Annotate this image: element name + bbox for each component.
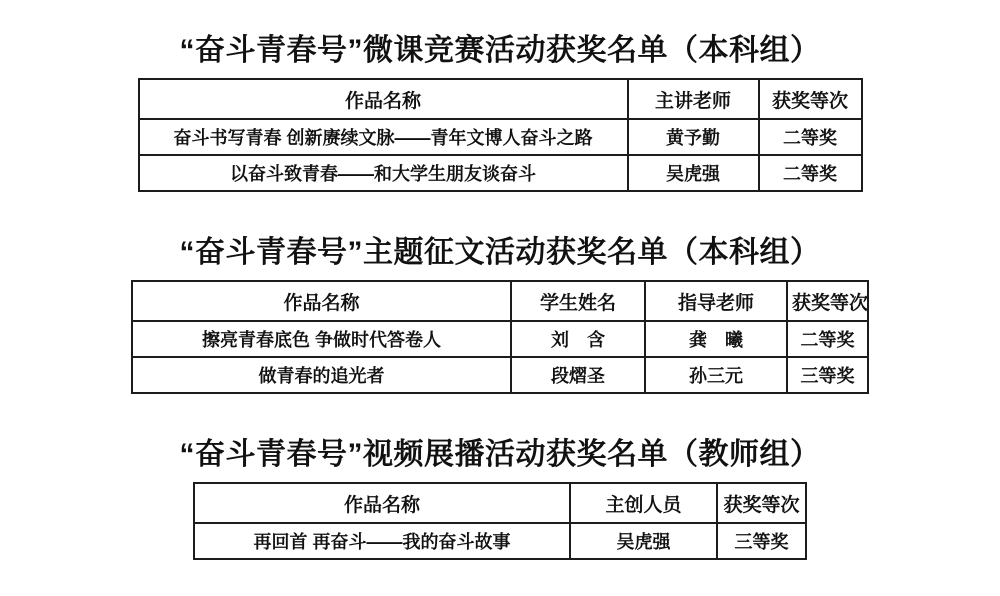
table-cell: 再回首 再奋斗——我的奋斗故事 bbox=[194, 523, 570, 559]
section-title-video: “奋斗青春号”视频展播活动获奖名单（教师组） bbox=[0, 436, 1000, 474]
section-title-micro-course: “奋斗青春号”微课竞赛活动获奖名单（本科组） bbox=[0, 32, 1000, 70]
column-header: 作品名称 bbox=[194, 483, 570, 523]
table-row: 擦亮青春底色 争做时代答卷人刘 含龚 曦二等奖 bbox=[132, 321, 868, 357]
table-cell: 段熠圣 bbox=[511, 357, 645, 393]
table-cell: 二等奖 bbox=[787, 321, 868, 357]
table-row: 奋斗书写青春 创新赓续文脉——青年文博人奋斗之路黄予勤二等奖 bbox=[139, 119, 862, 155]
table-cell: 黄予勤 bbox=[628, 119, 759, 155]
table-row: 做青春的追光者段熠圣孙三元三等奖 bbox=[132, 357, 868, 393]
column-header: 获奖等次 bbox=[717, 483, 806, 523]
section-micro-course-awards: “奋斗青春号”微课竞赛活动获奖名单（本科组） 作品名称主讲老师获奖等次奋斗书写青… bbox=[0, 32, 1000, 192]
column-header: 主讲老师 bbox=[628, 79, 759, 119]
table-cell: 以奋斗致青春——和大学生朋友谈奋斗 bbox=[139, 155, 628, 191]
table-cell: 三等奖 bbox=[787, 357, 868, 393]
awards-table-essay: 作品名称学生姓名指导老师获奖等次擦亮青春底色 争做时代答卷人刘 含龚 曦二等奖做… bbox=[131, 280, 869, 394]
table-cell: 龚 曦 bbox=[645, 321, 787, 357]
column-header: 获奖等次 bbox=[787, 281, 868, 321]
table-cell: 吴虎强 bbox=[628, 155, 759, 191]
column-header: 学生姓名 bbox=[511, 281, 645, 321]
document-page: { "page": { "background_color": "#ffffff… bbox=[0, 0, 1000, 596]
awards-table-micro-course: 作品名称主讲老师获奖等次奋斗书写青春 创新赓续文脉——青年文博人奋斗之路黄予勤二… bbox=[138, 78, 863, 192]
table-cell: 二等奖 bbox=[759, 119, 862, 155]
section-title-essay: “奋斗青春号”主题征文活动获奖名单（本科组） bbox=[0, 234, 1000, 272]
table-cell: 做青春的追光者 bbox=[132, 357, 511, 393]
award-document: “奋斗青春号”微课竞赛活动获奖名单（本科组） 作品名称主讲老师获奖等次奋斗书写青… bbox=[0, 32, 1000, 560]
column-header: 指导老师 bbox=[645, 281, 787, 321]
column-header: 主创人员 bbox=[570, 483, 717, 523]
column-header: 作品名称 bbox=[132, 281, 511, 321]
awards-table-video: 作品名称主创人员获奖等次再回首 再奋斗——我的奋斗故事吴虎强三等奖 bbox=[193, 482, 807, 560]
table-cell: 擦亮青春底色 争做时代答卷人 bbox=[132, 321, 511, 357]
table-cell: 三等奖 bbox=[717, 523, 806, 559]
header-row: 作品名称主讲老师获奖等次 bbox=[139, 79, 862, 119]
section-video-awards: “奋斗青春号”视频展播活动获奖名单（教师组） 作品名称主创人员获奖等次再回首 再… bbox=[0, 436, 1000, 560]
table-cell: 孙三元 bbox=[645, 357, 787, 393]
table-row: 以奋斗致青春——和大学生朋友谈奋斗吴虎强二等奖 bbox=[139, 155, 862, 191]
column-header: 作品名称 bbox=[139, 79, 628, 119]
header-row: 作品名称学生姓名指导老师获奖等次 bbox=[132, 281, 868, 321]
table-row: 再回首 再奋斗——我的奋斗故事吴虎强三等奖 bbox=[194, 523, 806, 559]
table-cell: 刘 含 bbox=[511, 321, 645, 357]
table-cell: 二等奖 bbox=[759, 155, 862, 191]
column-header: 获奖等次 bbox=[759, 79, 862, 119]
table-cell: 吴虎强 bbox=[570, 523, 717, 559]
header-row: 作品名称主创人员获奖等次 bbox=[194, 483, 806, 523]
section-essay-awards: “奋斗青春号”主题征文活动获奖名单（本科组） 作品名称学生姓名指导老师获奖等次擦… bbox=[0, 234, 1000, 394]
table-cell: 奋斗书写青春 创新赓续文脉——青年文博人奋斗之路 bbox=[139, 119, 628, 155]
